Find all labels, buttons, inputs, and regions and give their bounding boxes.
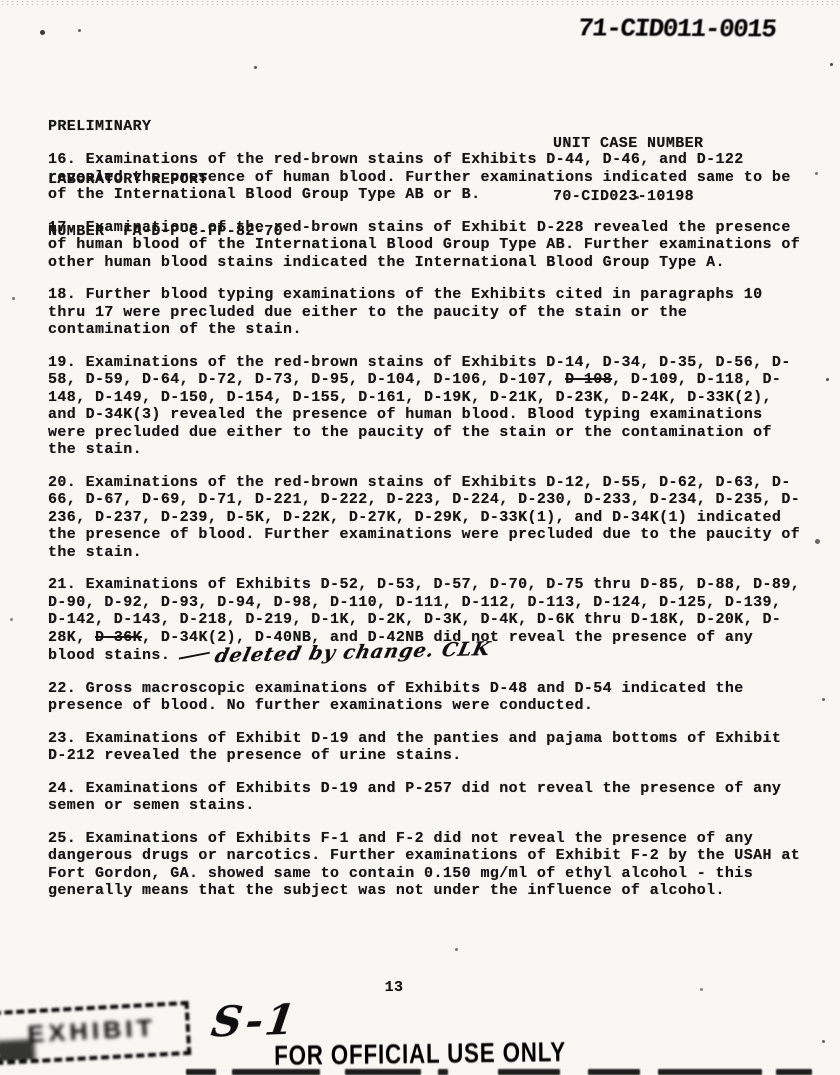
paragraph-22-text: 22. Gross macroscopic examinations of Ex… — [48, 680, 744, 715]
paragraph-17: 17. Examinations of the red-brown stains… — [48, 219, 804, 272]
document-control-stamp: 71-CID011-0015 — [576, 13, 777, 44]
paragraph-23: 23. Examinations of Exhibit D-19 and the… — [48, 730, 804, 765]
unit-case-label: UNIT CASE NUMBER — [553, 135, 703, 153]
paragraph-20-text: 20. Examinations of the red-brown stains… — [48, 474, 800, 561]
scanned-document-page: 71-CID011-0015 PRELIMINARY LABORATORY RE… — [0, 0, 840, 1075]
scan-specks — [0, 0, 3, 3]
paragraph-23-text: 23. Examinations of Exhibit D-19 and the… — [48, 730, 781, 765]
paragraph-25: 25. Examinations of Exhibits F-1 and F-2… — [48, 830, 804, 900]
cut-off-text-fragments — [0, 1069, 840, 1075]
paragraph-25-text: 25. Examinations of Exhibits F-1 and F-2… — [48, 830, 800, 900]
paragraph-20: 20. Examinations of the red-brown stains… — [48, 474, 804, 562]
page-number: 13 — [0, 979, 814, 997]
paragraph-18-text: 18. Further blood typing examinations of… — [48, 286, 763, 338]
paragraph-18: 18. Further blood typing examinations of… — [48, 286, 804, 339]
scan-noise-band — [0, 0, 840, 6]
paragraph-19-struck-exhibit: D-108 — [565, 371, 612, 388]
handwritten-deletion-note: deleted by change. CLK — [177, 642, 492, 664]
paragraph-22: 22. Gross macroscopic examinations of Ex… — [48, 680, 804, 715]
paragraph-24: 24. Examinations of Exhibits D-19 and P-… — [48, 780, 804, 815]
paragraph-16: 16. Examinations of the red-brown stains… — [48, 151, 804, 204]
paragraph-17-text: 17. Examinations of the red-brown stains… — [48, 219, 800, 271]
paragraph-21: 21. Examinations of Exhibits D-52, D-53,… — [48, 576, 804, 665]
report-body: 16. Examinations of the red-brown stains… — [48, 151, 804, 915]
handwritten-exhibit-number: S-1 — [208, 995, 300, 1047]
paragraph-16-text: 16. Examinations of the red-brown stains… — [48, 151, 791, 203]
paragraph-19: 19. Examinations of the red-brown stains… — [48, 354, 804, 459]
paragraph-21-struck-exhibit: D-36K — [95, 629, 142, 646]
paragraph-24-text: 24. Examinations of Exhibits D-19 and P-… — [48, 780, 781, 815]
report-title-line1: PRELIMINARY — [48, 118, 283, 136]
